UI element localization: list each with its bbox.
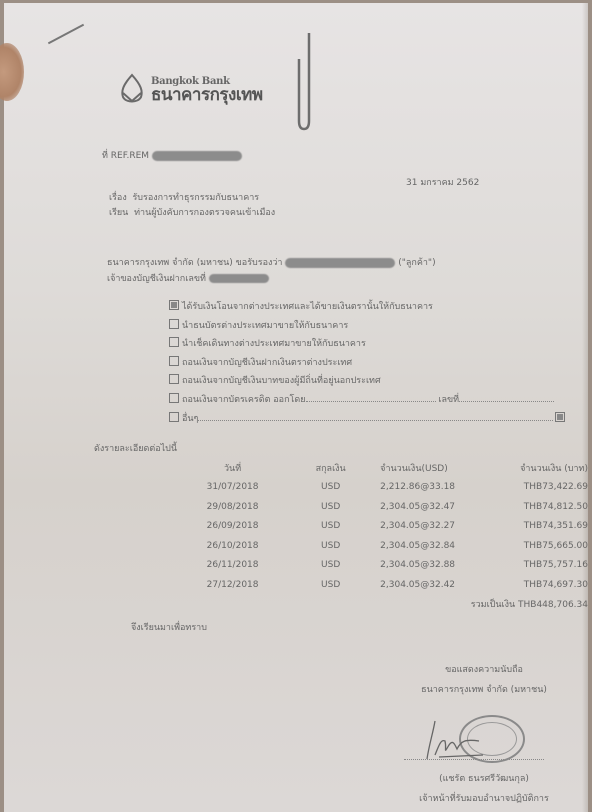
paperclip-icon <box>295 33 317 133</box>
option-nonresident-withdrawal: ถอนเงินจากบัญชีเงินบาทของผู้มีถิ่นที่อยู… <box>169 372 568 391</box>
regards: ขอแสดงความนับถือ <box>414 662 554 676</box>
checkbox <box>169 374 179 384</box>
checkbox <box>169 356 179 366</box>
account-number-redacted <box>209 274 269 283</box>
closing-line: จึงเรียนมาเพื่อทราบ <box>131 620 207 634</box>
transaction-table: วันที่ สกุลเงิน จำนวนเงิน(USD) จำนวนเงิน… <box>124 458 588 614</box>
table-row: 26/09/2018USD2,304.05@32.27THB74,351.69 <box>124 517 588 537</box>
option-banknotes: นำธนบัตรต่างประเทศมาขายให้กับธนาคาร <box>169 317 568 336</box>
table-row: 26/10/2018USD2,304.05@32.84THB75,665.00 <box>124 536 588 556</box>
option-other: อื่นๆ <box>169 410 568 429</box>
table-row: 31/07/2018USD2,212.86@33.18THB73,422.69 <box>124 478 588 498</box>
body-line-1: ธนาคารกรุงเทพ จำกัด (มหาชน) ขอรับรองว่า … <box>107 255 436 269</box>
ref-line: ที่ REF.REM <box>102 148 242 162</box>
recipient-line: เรียน ท่านผู้บังคับการกองตรวจคนเข้าเมือง <box>109 205 275 219</box>
subject-line: เรื่อง รับรองการทำธุรกรรมกับธนาคาร <box>109 190 259 204</box>
customer-name-redacted <box>285 258 395 268</box>
bank-name-th: ธนาคารกรุงเทพ <box>151 87 263 103</box>
signature-scribble <box>419 715 489 761</box>
signer-name: (แชรัต ธนรศรีวัฒนกุล) <box>414 771 554 785</box>
checkbox <box>169 393 179 403</box>
checkbox <box>169 337 179 347</box>
table-total-row: รวมเป็นเงิน THB448,706.34 <box>124 595 588 615</box>
table-header: วันที่ สกุลเงิน จำนวนเงิน(USD) จำนวนเงิน… <box>124 458 588 478</box>
ref-redacted <box>152 151 242 161</box>
signer-company: ธนาคารกรุงเทพ จำกัด (มหาชน) <box>394 682 574 696</box>
table-row: 26/11/2018USD2,304.05@32.88THB75,757.16 <box>124 556 588 576</box>
table-row: 29/08/2018USD2,304.05@32.47THB74,812.50 <box>124 497 588 517</box>
transaction-type-options: ได้รับเงินโอนจากต่างประเทศและได้ขายเงินต… <box>169 298 568 428</box>
checkbox <box>169 319 179 329</box>
details-intro: ดังรายละเอียดต่อไปนี้ <box>94 441 177 455</box>
checkbox-mark <box>555 412 565 422</box>
option-transfer: ได้รับเงินโอนจากต่างประเทศและได้ขายเงินต… <box>169 298 568 317</box>
option-travelers-cheque: นำเช็คเดินทางต่างประเทศมาขายให้กับธนาคาร <box>169 335 568 354</box>
lotus-icon <box>119 73 145 105</box>
option-credit-card: ถอนเงินจากบัตรเครดิต ออกโดย เลขที่ <box>169 391 568 410</box>
pen-mark <box>48 24 84 45</box>
total-label: รวมเป็นเงิน <box>471 600 515 610</box>
bank-logo: Bangkok Bank ธนาคารกรุงเทพ <box>119 73 263 105</box>
checkbox <box>169 412 179 422</box>
letter-page: Bangkok Bank ธนาคารกรุงเทพ ที่ REF.REM 3… <box>4 3 588 812</box>
checkbox-checked <box>169 300 179 310</box>
thumb <box>0 43 24 101</box>
ref-label: ที่ REF.REM <box>102 151 149 161</box>
total-value: THB448,706.34 <box>518 600 588 610</box>
letter-date: 31 มกราคม 2562 <box>406 175 479 189</box>
signer-title: เจ้าหน้าที่รับมอบอำนาจปฏิบัติการ <box>399 791 569 805</box>
table-row: 27/12/2018USD2,304.05@32.42THB74,697.30 <box>124 575 588 595</box>
option-fcd-withdrawal: ถอนเงินจากบัญชีเงินฝากเงินตราต่างประเทศ <box>169 354 568 373</box>
signature-line <box>404 759 544 760</box>
body-line-2: เจ้าของบัญชีเงินฝากเลขที่ <box>107 271 269 285</box>
